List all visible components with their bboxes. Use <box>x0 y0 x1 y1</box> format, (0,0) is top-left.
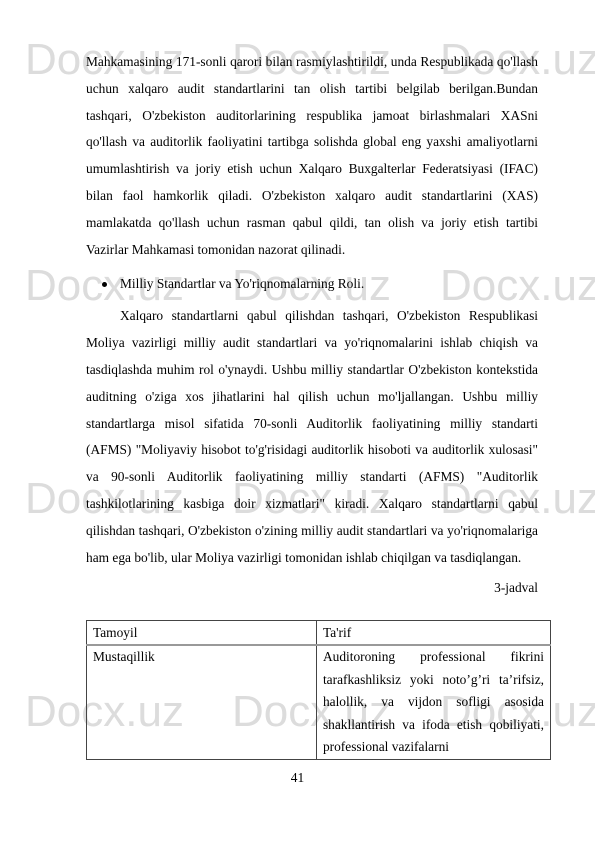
table-header-cell: Ta'rif <box>316 621 550 646</box>
section-heading: Milliy Standartlar va Yo'riqnomalarning … <box>120 276 364 291</box>
principles-table: Tamoyil Ta'rif Mustaqillik Auditoroning … <box>86 620 551 760</box>
table-caption: 3-jadval <box>86 575 538 601</box>
table-header-cell: Tamoyil <box>87 621 317 646</box>
definition-text: Auditoroning professional fikrini tarafk… <box>323 646 544 759</box>
table-cell-definition: Auditoroning professional fikrini tarafk… <box>316 645 550 759</box>
table-header-row: Tamoyil Ta'rif <box>87 621 551 646</box>
principle-text: Mustaqillik <box>93 646 310 669</box>
body-paragraph: Mahkamasining 171-sonli qarori bilan ras… <box>86 49 538 263</box>
table-cell-principle: Mustaqillik <box>87 645 317 759</box>
table-row: Mustaqillik Auditoroning professional fi… <box>87 645 551 759</box>
bullet-icon <box>102 282 107 287</box>
bullet-item: Milliy Standartlar va Yo'riqnomalarning … <box>86 271 538 297</box>
body-paragraph: Xalqaro standartlarni qabul qilishdan ta… <box>86 303 538 571</box>
page-number: 41 <box>0 770 595 786</box>
document-body: Mahkamasining 171-sonli qarori bilan ras… <box>86 49 538 601</box>
